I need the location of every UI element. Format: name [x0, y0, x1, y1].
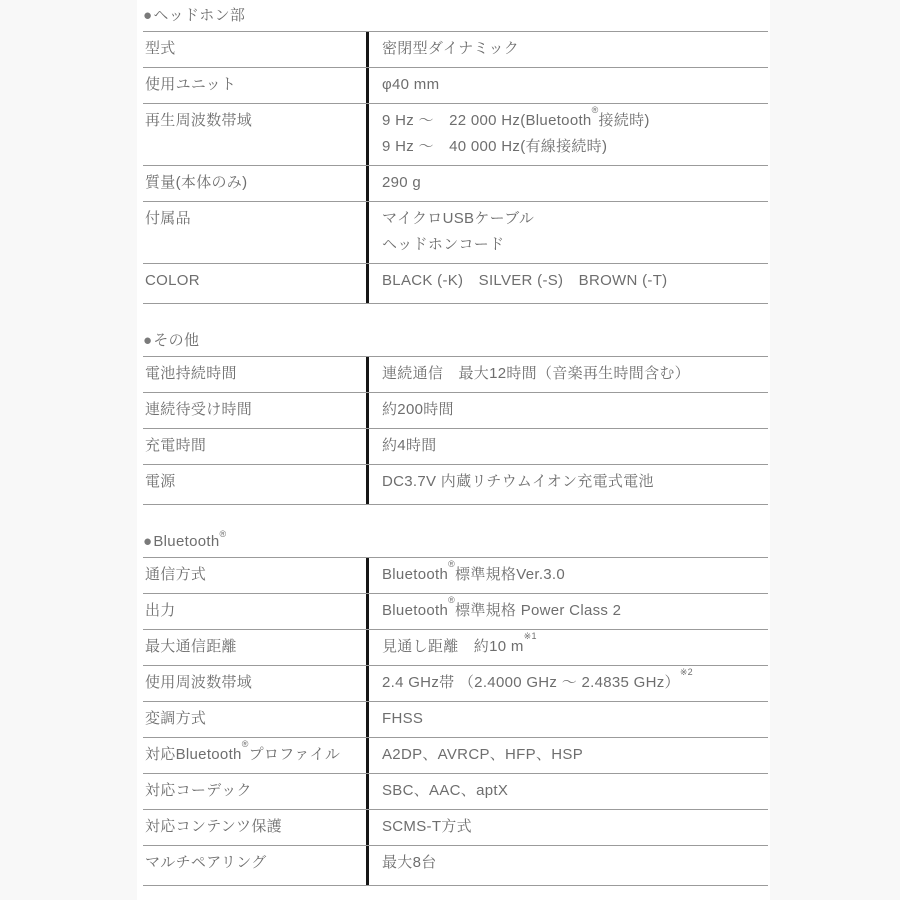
spec-row: 再生周波数帯域9 Hz ～ 22 000 Hz(Bluetooth®接続時)9 …	[143, 103, 768, 165]
spec-value: 最大8台	[366, 846, 768, 885]
spec-value-line: BLACK (-K) SILVER (-S) BROWN (-T)	[382, 268, 768, 294]
spec-value: DC3.7V 内蔵リチウムイオン充電式電池	[366, 465, 768, 504]
section-header: ●Bluetooth®	[143, 532, 768, 552]
spec-value-line: 9 Hz ～ 22 000 Hz(Bluetooth®接続時)	[382, 108, 768, 134]
spec-section: ●ヘッドホン部型式密閉型ダイナミック使用ユニットφ40 mm再生周波数帯域9 H…	[143, 6, 768, 304]
spec-value-line: ヘッドホンコード	[382, 232, 768, 258]
spec-row: 対応コンテンツ保護SCMS-T方式	[143, 809, 768, 845]
spec-row: 型式密閉型ダイナミック	[143, 31, 768, 67]
spec-row: マルチペアリング最大8台	[143, 845, 768, 885]
spec-value: 9 Hz ～ 22 000 Hz(Bluetooth®接続時)9 Hz ～ 40…	[366, 104, 768, 165]
spec-value: 約4時間	[366, 429, 768, 464]
spec-value: Bluetooth®標準規格Ver.3.0	[366, 558, 768, 593]
spec-value-line: φ40 mm	[382, 72, 768, 98]
spec-value-line: A2DP、AVRCP、HFP、HSP	[382, 742, 768, 768]
spec-row: 付属品マイクロUSBケーブルヘッドホンコード	[143, 201, 768, 263]
section-title: ヘッドホン部	[153, 7, 245, 24]
spec-value: SCMS-T方式	[366, 810, 768, 845]
spec-label: 対応Bluetooth®プロファイル	[143, 738, 366, 773]
spec-row: 電池持続時間連続通信 最大12時間（音楽再生時間含む）	[143, 356, 768, 392]
spec-row: 出力Bluetooth®標準規格 Power Class 2	[143, 593, 768, 629]
spec-label: 電源	[143, 465, 366, 504]
spec-value: φ40 mm	[366, 68, 768, 103]
spec-label: マルチペアリング	[143, 846, 366, 885]
spec-label: 変調方式	[143, 702, 366, 737]
spec-label: 対応コーデック	[143, 774, 366, 809]
spec-sheet-panel: ●ヘッドホン部型式密閉型ダイナミック使用ユニットφ40 mm再生周波数帯域9 H…	[137, 0, 770, 900]
spec-row: 使用ユニットφ40 mm	[143, 67, 768, 103]
spec-value: マイクロUSBケーブルヘッドホンコード	[366, 202, 768, 263]
spec-value: 見通し距離 約10 m※1	[366, 630, 768, 665]
spec-section: ●その他電池持続時間連続通信 最大12時間（音楽再生時間含む）連続待受け時間約2…	[143, 331, 768, 505]
sections-root: ●ヘッドホン部型式密閉型ダイナミック使用ユニットφ40 mm再生周波数帯域9 H…	[143, 6, 768, 886]
spec-label: COLOR	[143, 264, 366, 303]
spec-value: FHSS	[366, 702, 768, 737]
spec-table: 通信方式Bluetooth®標準規格Ver.3.0出力Bluetooth®標準規…	[143, 557, 768, 886]
spec-row: 変調方式FHSS	[143, 701, 768, 737]
spec-label: 再生周波数帯域	[143, 104, 366, 165]
spec-value: SBC、AAC、aptX	[366, 774, 768, 809]
spec-value-line: 見通し距離 約10 m※1	[382, 634, 768, 660]
section-bullet-icon: ●	[143, 533, 152, 550]
spec-label: 使用周波数帯域	[143, 666, 366, 701]
spec-value-line: 連続通信 最大12時間（音楽再生時間含む）	[382, 361, 768, 387]
spec-value: 密閉型ダイナミック	[366, 32, 768, 67]
spec-value-line: 密閉型ダイナミック	[382, 36, 768, 62]
spec-value: BLACK (-K) SILVER (-S) BROWN (-T)	[366, 264, 768, 303]
spec-value-line: マイクロUSBケーブル	[382, 206, 768, 232]
spec-value-line: 290 g	[382, 170, 768, 196]
spec-row: 通信方式Bluetooth®標準規格Ver.3.0	[143, 557, 768, 593]
spec-label: 使用ユニット	[143, 68, 366, 103]
spec-value-line: Bluetooth®標準規格 Power Class 2	[382, 598, 768, 624]
spec-label: 型式	[143, 32, 366, 67]
section-header: ●その他	[143, 331, 768, 351]
spec-row: 連続待受け時間約200時間	[143, 392, 768, 428]
spec-value-line: DC3.7V 内蔵リチウムイオン充電式電池	[382, 469, 768, 495]
spec-value-line: 最大8台	[382, 850, 768, 876]
spec-value-line: 9 Hz ～ 40 000 Hz(有線接続時)	[382, 134, 768, 160]
spec-label: 質量(本体のみ)	[143, 166, 366, 201]
spec-value-line: 約4時間	[382, 433, 768, 459]
section-title: Bluetooth®	[153, 533, 226, 550]
spec-value-line: FHSS	[382, 706, 768, 732]
section-header: ●ヘッドホン部	[143, 6, 768, 26]
section-bullet-icon: ●	[143, 332, 152, 349]
spec-row: COLORBLACK (-K) SILVER (-S) BROWN (-T)	[143, 263, 768, 303]
spec-value-line: 2.4 GHz帯 （2.4000 GHz ～ 2.4835 GHz）※2	[382, 670, 768, 696]
spec-value: A2DP、AVRCP、HFP、HSP	[366, 738, 768, 773]
spec-table: 電池持続時間連続通信 最大12時間（音楽再生時間含む）連続待受け時間約200時間…	[143, 356, 768, 505]
spec-label: 付属品	[143, 202, 366, 263]
spec-value: 290 g	[366, 166, 768, 201]
spec-row: 使用周波数帯域2.4 GHz帯 （2.4000 GHz ～ 2.4835 GHz…	[143, 665, 768, 701]
spec-label: 出力	[143, 594, 366, 629]
spec-section: ●Bluetooth®通信方式Bluetooth®標準規格Ver.3.0出力Bl…	[143, 532, 768, 886]
spec-value-line: Bluetooth®標準規格Ver.3.0	[382, 562, 768, 588]
spec-row: 対応コーデックSBC、AAC、aptX	[143, 773, 768, 809]
spec-row: 充電時間約4時間	[143, 428, 768, 464]
spec-value: 2.4 GHz帯 （2.4000 GHz ～ 2.4835 GHz）※2	[366, 666, 768, 701]
spec-value: Bluetooth®標準規格 Power Class 2	[366, 594, 768, 629]
spec-value-line: SBC、AAC、aptX	[382, 778, 768, 804]
spec-value-line: SCMS-T方式	[382, 814, 768, 840]
spec-row: 質量(本体のみ)290 g	[143, 165, 768, 201]
spec-row: 電源DC3.7V 内蔵リチウムイオン充電式電池	[143, 464, 768, 504]
section-bullet-icon: ●	[143, 7, 152, 24]
spec-value: 連続通信 最大12時間（音楽再生時間含む）	[366, 357, 768, 392]
spec-row: 最大通信距離見通し距離 約10 m※1	[143, 629, 768, 665]
spec-label: 対応コンテンツ保護	[143, 810, 366, 845]
section-title: その他	[153, 332, 199, 349]
spec-value-line: 約200時間	[382, 397, 768, 423]
spec-row: 対応Bluetooth®プロファイルA2DP、AVRCP、HFP、HSP	[143, 737, 768, 773]
spec-label: 充電時間	[143, 429, 366, 464]
spec-label: 通信方式	[143, 558, 366, 593]
spec-label: 電池持続時間	[143, 357, 366, 392]
spec-value: 約200時間	[366, 393, 768, 428]
spec-table: 型式密閉型ダイナミック使用ユニットφ40 mm再生周波数帯域9 Hz ～ 22 …	[143, 31, 768, 304]
spec-label: 最大通信距離	[143, 630, 366, 665]
spec-label: 連続待受け時間	[143, 393, 366, 428]
